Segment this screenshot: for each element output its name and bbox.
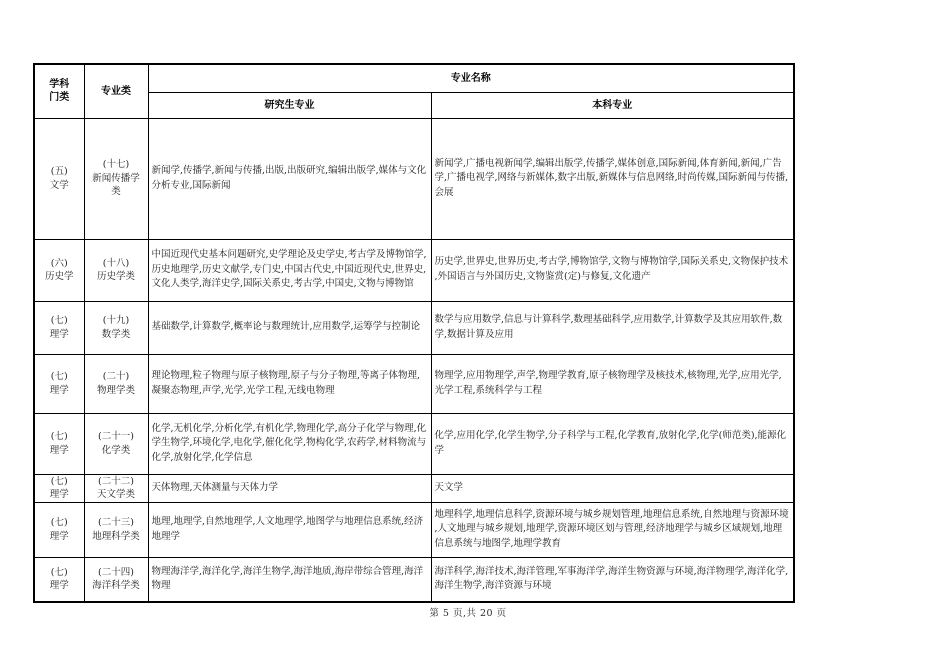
- major-class-cell: (十七) 新闻传播学 类: [84, 118, 148, 239]
- graduate-majors-cell: 中国近现代史基本问题研究,史学理论及史学史,考古学及博物馆学,历史地理学,历史文…: [148, 239, 431, 301]
- major-class-cell: (十八) 历史学类: [84, 239, 148, 301]
- major-class-cell: (二十一) 化学类: [84, 413, 148, 474]
- header-row-top: 学科 门类 专业类 专业名称: [34, 64, 794, 92]
- graduate-majors-cell: 地理,地理学,自然地理学,人文地理学,地图学与地理信息系统,经济地理学: [148, 502, 431, 557]
- undergraduate-majors-cell: 海洋科学,海洋技术,海洋管理,军事海洋学,海洋生物资源与环境,海洋物理学,海洋化…: [431, 557, 794, 602]
- table-row: (七) 理学 (二十一) 化学类 化学,无机化学,分析化学,有机化学,物理化学,…: [34, 413, 794, 474]
- table-row: (五) 文学 (十七) 新闻传播学 类 新闻学,传播学,新闻与传播,出版,出版研…: [34, 118, 794, 239]
- table-row: (七) 理学 (二十) 物理学类 理论物理,粒子物理与原子核物理,原子与分子物理…: [34, 354, 794, 413]
- discipline-category-cell: (七) 理学: [34, 301, 84, 354]
- undergraduate-majors-cell: 化学,应用化学,化学生物学,分子科学与工程,化学教育,放射化学,化学(师范类),…: [431, 413, 794, 474]
- undergraduate-majors-cell: 数学与应用数学,信息与计算科学,数理基础科学,应用数学,计算数学及其应用软件,数…: [431, 301, 794, 354]
- header-graduate-majors: 研究生专业: [148, 92, 431, 118]
- discipline-category-cell: (六) 历史学: [34, 239, 84, 301]
- graduate-majors-cell: 基础数学,计算数学,概率论与数理统计,应用数学,运筹学与控制论: [148, 301, 431, 354]
- undergraduate-majors-cell: 物理学,应用物理学,声学,物理学教育,原子核物理学及核技术,核物理,光学,应用光…: [431, 354, 794, 413]
- major-class-cell: (二十四) 海洋科学类: [84, 557, 148, 602]
- header-discipline-category: 学科 门类: [34, 64, 84, 118]
- graduate-majors-cell: 理论物理,粒子物理与原子核物理,原子与分子物理,等离子体物理,凝聚态物理,声学,…: [148, 354, 431, 413]
- graduate-majors-cell: 新闻学,传播学,新闻与传播,出版,出版研究,编辑出版学,媒体与文化分析专业,国际…: [148, 118, 431, 239]
- undergraduate-majors-cell: 地理科学,地理信息科学,资源环境与城乡规划管理,地理信息系统,自然地理与资源环境…: [431, 502, 794, 557]
- undergraduate-majors-cell: 历史学,世界史,世界历史,考古学,博物馆学,文物与博物馆学,国际关系史,文物保护…: [431, 239, 794, 301]
- discipline-category-cell: (七) 理学: [34, 502, 84, 557]
- header-major-name: 专业名称: [148, 64, 794, 92]
- table-row: (七) 理学 (二十三) 地理科学类 地理,地理学,自然地理学,人文地理学,地图…: [34, 502, 794, 557]
- major-class-cell: (二十) 物理学类: [84, 354, 148, 413]
- table-row: (六) 历史学 (十八) 历史学类 中国近现代史基本问题研究,史学理论及史学史,…: [34, 239, 794, 301]
- undergraduate-majors-cell: 新闻学,广播电视新闻学,编辑出版学,传播学,媒体创意,国际新闻,体育新闻,新闻,…: [431, 118, 794, 239]
- table-row: (七) 理学 (二十四) 海洋科学类 物理海洋学,海洋化学,海洋生物学,海洋地质…: [34, 557, 794, 602]
- discipline-category-cell: (七) 理学: [34, 413, 84, 474]
- major-class-cell: (十九) 数学类: [84, 301, 148, 354]
- header-undergraduate-majors: 本科专业: [431, 92, 794, 118]
- discipline-category-cell: (七) 理学: [34, 354, 84, 413]
- header-major-class: 专业类: [84, 64, 148, 118]
- page-number-footer: 第 5 页,共 20 页: [0, 605, 936, 619]
- table-row: (七) 理学 (十九) 数学类 基础数学,计算数学,概率论与数理统计,应用数学,…: [34, 301, 794, 354]
- major-class-cell: (二十三) 地理科学类: [84, 502, 148, 557]
- discipline-category-cell: (五) 文学: [34, 118, 84, 239]
- major-class-cell: (二十二) 天文学类: [84, 474, 148, 502]
- document-page: 学科 门类 专业类 专业名称 研究生专业 本科专业 (五) 文学 (十七) 新闻…: [0, 0, 936, 662]
- table-row: (七) 理学 (二十二) 天文学类 天体物理,天体测量与天体力学 天文学: [34, 474, 794, 502]
- majors-table: 学科 门类 专业类 专业名称 研究生专业 本科专业 (五) 文学 (十七) 新闻…: [33, 63, 795, 603]
- graduate-majors-cell: 化学,无机化学,分析化学,有机化学,物理化学,高分子化学与物理,化学生物学,环境…: [148, 413, 431, 474]
- discipline-category-cell: (七) 理学: [34, 474, 84, 502]
- header-row-sub: 研究生专业 本科专业: [34, 92, 794, 118]
- graduate-majors-cell: 物理海洋学,海洋化学,海洋生物学,海洋地质,海岸带综合管理,海洋物理: [148, 557, 431, 602]
- graduate-majors-cell: 天体物理,天体测量与天体力学: [148, 474, 431, 502]
- discipline-category-cell: (七) 理学: [34, 557, 84, 602]
- undergraduate-majors-cell: 天文学: [431, 474, 794, 502]
